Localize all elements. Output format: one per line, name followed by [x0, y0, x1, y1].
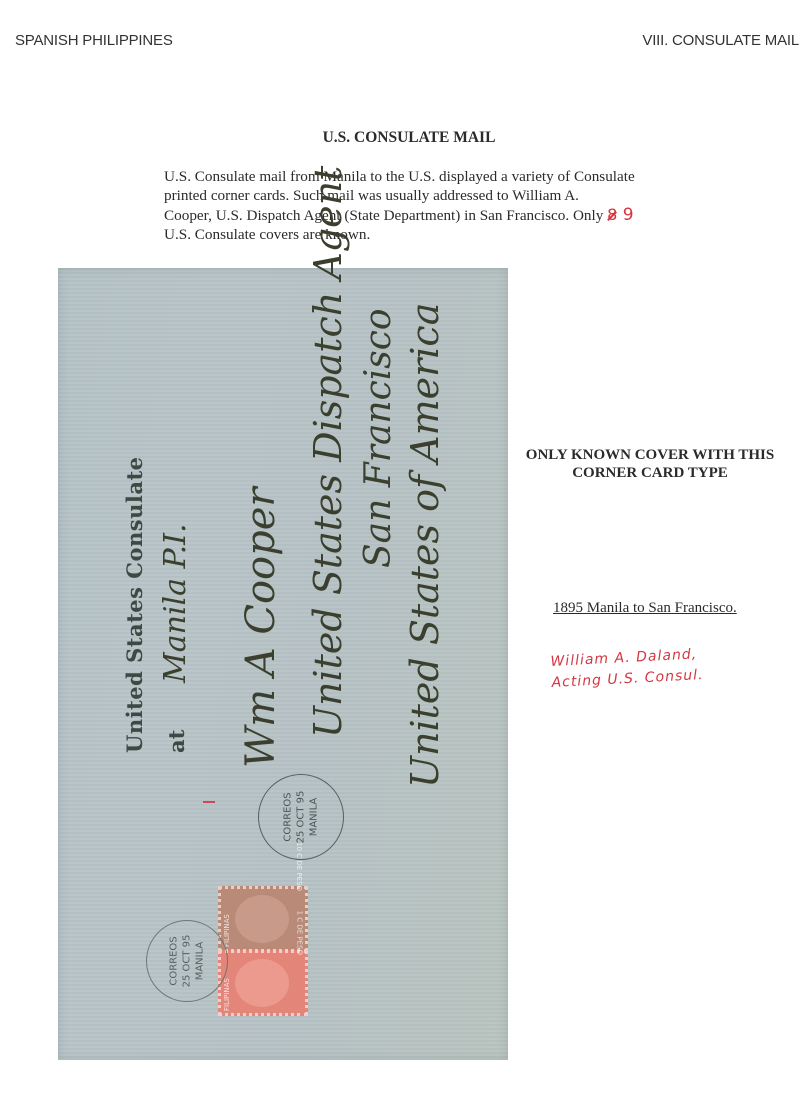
- postmark-text: CORREOS 25 OCT 95 MANILA: [168, 935, 207, 988]
- note-line: CORNER CARD TYPE: [500, 464, 800, 482]
- postmark-date: 25 OCT 95: [181, 935, 194, 988]
- intro-line: U.S. Consulate covers are known.: [164, 225, 704, 244]
- header-right: VIII. CONSULATE MAIL: [642, 32, 799, 49]
- stamp-portrait: [235, 895, 289, 943]
- cover-caption: 1895 Manila to San Francisco.: [553, 600, 737, 617]
- corner-card-text: United States Consulate: [122, 456, 147, 753]
- intro-line: printed corner cards. Such mail was usua…: [164, 186, 704, 205]
- stamp-country: FILIPINAS: [223, 978, 231, 1011]
- header-left: SPANISH PHILIPPINES: [15, 32, 173, 49]
- address-line-name: Wm A Cooper: [238, 487, 284, 768]
- only-known-note: ONLY KNOWN COVER WITH THIS CORNER CARD T…: [500, 446, 800, 482]
- count-struck: 8: [607, 205, 617, 224]
- postmark-line: MANILA: [308, 791, 321, 844]
- postmark-line: CORREOS: [282, 791, 295, 844]
- postmark-date: 25 OCT 95: [295, 791, 308, 844]
- page-title: U.S. CONSULATE MAIL: [0, 129, 812, 147]
- intro-paragraph: U.S. Consulate mail from Manila to the U…: [164, 167, 704, 244]
- address-line-title: United States Dispatch Agent: [306, 166, 350, 738]
- handwritten-origin: Manila P.I.: [158, 523, 193, 683]
- red-pencil-mark: [203, 801, 215, 803]
- postmark-tying-stamps: CORREOS 25 OCT 95 MANILA: [146, 920, 228, 1002]
- intro-line: U.S. Consulate mail from Manila to the U…: [164, 167, 704, 186]
- postmark-line: MANILA: [194, 935, 207, 988]
- stamp-value: 1 C DE PESO: [295, 911, 303, 955]
- cover-envelope: Wm A Cooper United States Dispatch Agent…: [58, 268, 508, 1060]
- stamp-portrait: [235, 959, 289, 1007]
- count-correction: 8 9: [607, 205, 633, 225]
- stamp-1c: FILIPINAS 1 C DE PESO: [218, 950, 308, 1016]
- stamp-value: 10 C DE PESO: [295, 842, 303, 891]
- handwritten-consul-note: William A. Daland, Acting U.S. Consul.: [550, 644, 704, 694]
- address-line-city: San Francisco: [358, 308, 399, 568]
- intro-line-text: Cooper, U.S. Dispatch Agent (State Depar…: [164, 207, 607, 224]
- note-line: ONLY KNOWN COVER WITH THIS: [500, 446, 800, 464]
- count-corrected: 9: [623, 205, 634, 225]
- postmark-line: CORREOS: [168, 935, 181, 988]
- corner-card-at: at: [164, 730, 189, 753]
- intro-line: Cooper, U.S. Dispatch Agent (State Depar…: [164, 205, 704, 225]
- stamp-country: FILIPINAS: [223, 914, 231, 947]
- postmark-text: CORREOS 25 OCT 95 MANILA: [282, 791, 321, 844]
- address-line-country: United States of America: [403, 303, 447, 788]
